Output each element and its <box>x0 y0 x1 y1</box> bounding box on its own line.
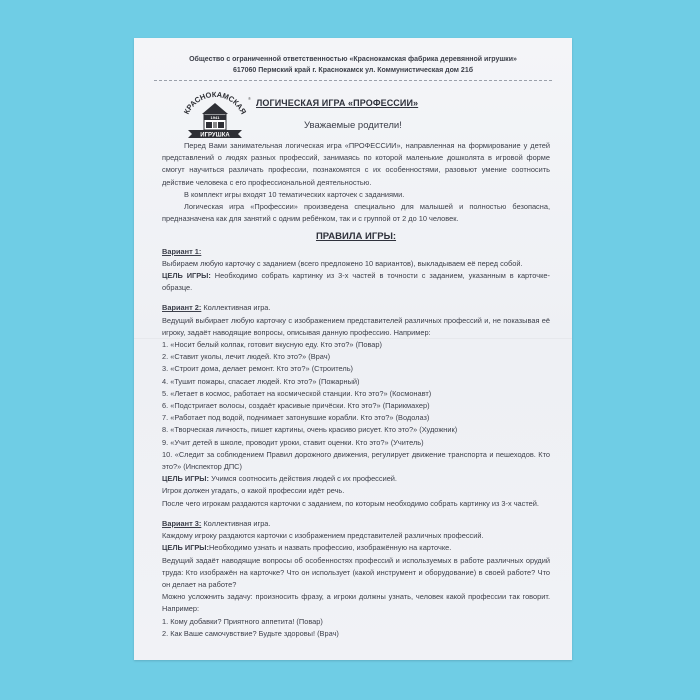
example-item: 2. «Ставит уколы, лечит людей. Кто это?»… <box>162 351 550 363</box>
example-item: 7. «Работает под водой, поднимает затону… <box>162 412 550 424</box>
variant-1-text: Выбираем любую карточку с заданием (всег… <box>162 258 550 270</box>
brand-logo: КРАСНОКАМСКАЯ ® 1941 ИГРУШКА <box>174 86 256 142</box>
example-item: 1. «Носит белый колпак, готовит вкусную … <box>162 339 550 351</box>
variant-1-goal: ЦЕЛЬ ИГРЫ: Необходимо собрать картинку и… <box>162 270 550 294</box>
variant-2-text: Ведущий выбирает любую карточку с изобра… <box>162 315 550 339</box>
document-body: Перед Вами занимательная логическая игра… <box>162 140 550 640</box>
example-item: 9. «Учит детей в школе, проводит уроки, … <box>162 437 550 449</box>
example-item: 2. Как Ваше самочувствие? Будьте здоровы… <box>162 628 550 640</box>
variant-2-examples: 1. «Носит белый колпак, готовит вкусную … <box>162 339 550 473</box>
krasnokamskaya-logo-icon: КРАСНОКАМСКАЯ ® 1941 ИГРУШКА <box>174 86 256 142</box>
instruction-sheet: Общество с ограниченной ответственностью… <box>134 38 572 660</box>
example-item: 5. «Летает в космос, работает на космиче… <box>162 388 550 400</box>
variant-3-heading: Вариант 3: Коллективная игра. <box>162 518 550 530</box>
variant-2-heading: Вариант 2: Коллективная игра. <box>162 302 550 314</box>
company-header: Общество с ограниченной ответственностью… <box>154 54 552 76</box>
variant-3-text: Каждому игроку раздаются карточки с изоб… <box>162 530 550 542</box>
variant-3-goal-text: Необходимо узнать и назвать профессию, и… <box>209 543 451 552</box>
greeting: Уважаемые родители! <box>304 120 402 131</box>
variant-2-after-1: Игрок должен угадать, о какой профессии … <box>162 485 550 497</box>
variant-3-goal-label: ЦЕЛЬ ИГРЫ: <box>162 543 209 552</box>
variant-2-label: Вариант 2: <box>162 303 201 312</box>
example-item: 6. «Подстригает волосы, создаёт красивые… <box>162 400 550 412</box>
variant-1-goal-text: Необходимо собрать картинку из 3-х часте… <box>162 271 550 292</box>
svg-text:1941: 1941 <box>211 115 221 120</box>
example-item: 10. «Следит за соблюдением Правил дорожн… <box>162 449 550 473</box>
document-title: ЛОГИЧЕСКАЯ ИГРА «ПРОФЕССИИ» <box>256 98 418 108</box>
variant-1-goal-label: ЦЕЛЬ ИГРЫ: <box>162 271 211 280</box>
variant-3-examples: 1. Кому добавки? Приятного аппетита! (По… <box>162 616 550 640</box>
variant-2-goal-label: ЦЕЛЬ ИГРЫ: <box>162 474 209 483</box>
svg-text:®: ® <box>248 96 251 101</box>
variant-3-goal: ЦЕЛЬ ИГРЫ:Необходимо узнать и назвать пр… <box>162 542 550 554</box>
company-address: 617060 Пермский край г. Краснокамск ул. … <box>154 65 552 76</box>
example-item: 8. «Творческая личность, пишет картины, … <box>162 424 550 436</box>
rules-heading: ПРАВИЛА ИГРЫ: <box>162 231 550 243</box>
example-item: 4. «Тушит пожары, спасает людей. Кто это… <box>162 376 550 388</box>
variant-2-goal-text: Учимся соотносить действия людей с их пр… <box>209 474 397 483</box>
variant-1-label: Вариант 1: <box>162 247 201 256</box>
variant-2-goal: ЦЕЛЬ ИГРЫ: Учимся соотносить действия лю… <box>162 473 550 485</box>
intro-paragraph-1: Перед Вами занимательная логическая игра… <box>162 140 550 189</box>
svg-text:ИГРУШКА: ИГРУШКА <box>200 133 230 139</box>
intro-paragraph-3: Логическая игра «Профессии» произведена … <box>162 201 550 225</box>
variant-3-label: Вариант 3: <box>162 519 201 528</box>
variant-2-subtitle: Коллективная игра. <box>201 303 270 312</box>
variant-3-subtitle: Коллективная игра. <box>201 519 270 528</box>
variant-1-heading: Вариант 1: <box>162 246 550 258</box>
intro-paragraph-2: В комплект игры входят 10 тематических к… <box>162 189 550 201</box>
variant-2-after-2: После чего игрокам раздаются карточки с … <box>162 498 550 510</box>
header-divider <box>154 80 552 81</box>
variant-3-paragraph-2: Можно усложнить задачу: произносить фраз… <box>162 591 550 615</box>
company-name: Общество с ограниченной ответственностью… <box>154 54 552 65</box>
example-item: 3. «Строит дома, делает ремонт. Кто это?… <box>162 363 550 375</box>
variant-3-paragraph-1: Ведущий задаёт наводящие вопросы об особ… <box>162 555 550 592</box>
example-item: 1. Кому добавки? Приятного аппетита! (По… <box>162 616 550 628</box>
